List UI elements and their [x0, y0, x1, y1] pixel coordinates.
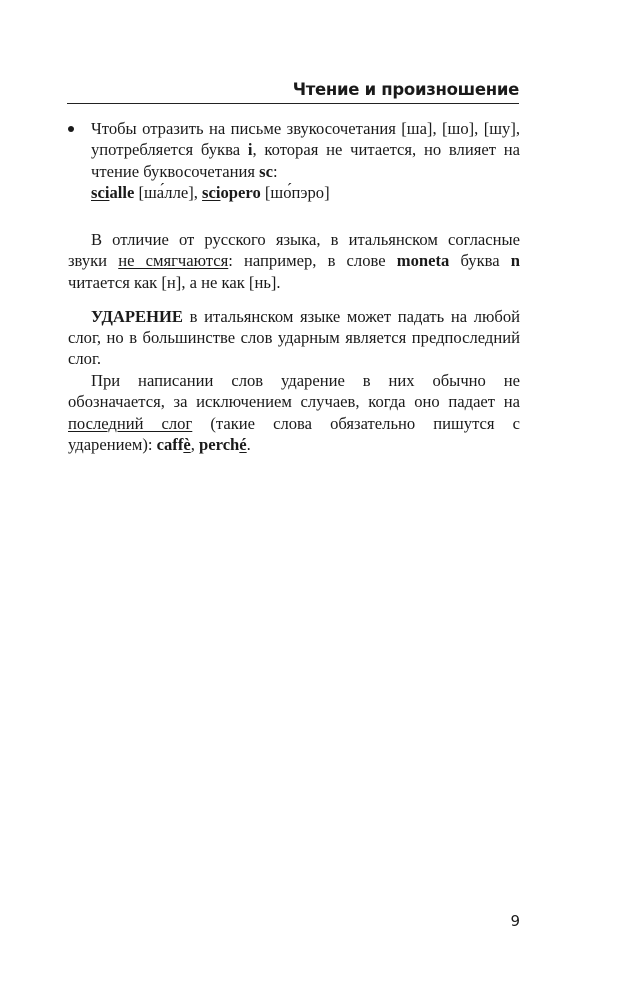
running-head: Чтение и произношение	[67, 80, 519, 100]
example-scialle: scialle	[91, 183, 134, 202]
example-perche: perché	[199, 435, 247, 454]
stress-heading: УДАРЕНИЕ	[91, 307, 183, 326]
paragraph-stress: УДАРЕНИЕ в итальянском языке может падат…	[68, 306, 520, 370]
header-rule	[67, 103, 519, 104]
book-page: Чтение и произношение Чтобы отразить на …	[0, 0, 619, 1000]
bullet-text: Чтобы отразить на письме звукосочетания …	[91, 118, 520, 182]
letters-sc: sc	[259, 162, 273, 181]
paragraph-softening: В отличие от русского языка, в итальянск…	[68, 229, 520, 293]
bullet-icon	[68, 126, 74, 132]
paragraph-stress-marking: При написании слов ударение в них обычно…	[68, 370, 520, 456]
bullet-examples: scialle [ша́лле], sciopero [шо́пэро]	[91, 182, 520, 203]
page-body: Чтобы отразить на письме звукосочетания …	[68, 118, 520, 455]
page-number: 9	[500, 912, 520, 930]
example-caffe: caffè	[157, 435, 191, 454]
bullet-item: Чтобы отразить на письме звукосочетания …	[68, 118, 520, 204]
example-sciopero: sciopero	[202, 183, 261, 202]
